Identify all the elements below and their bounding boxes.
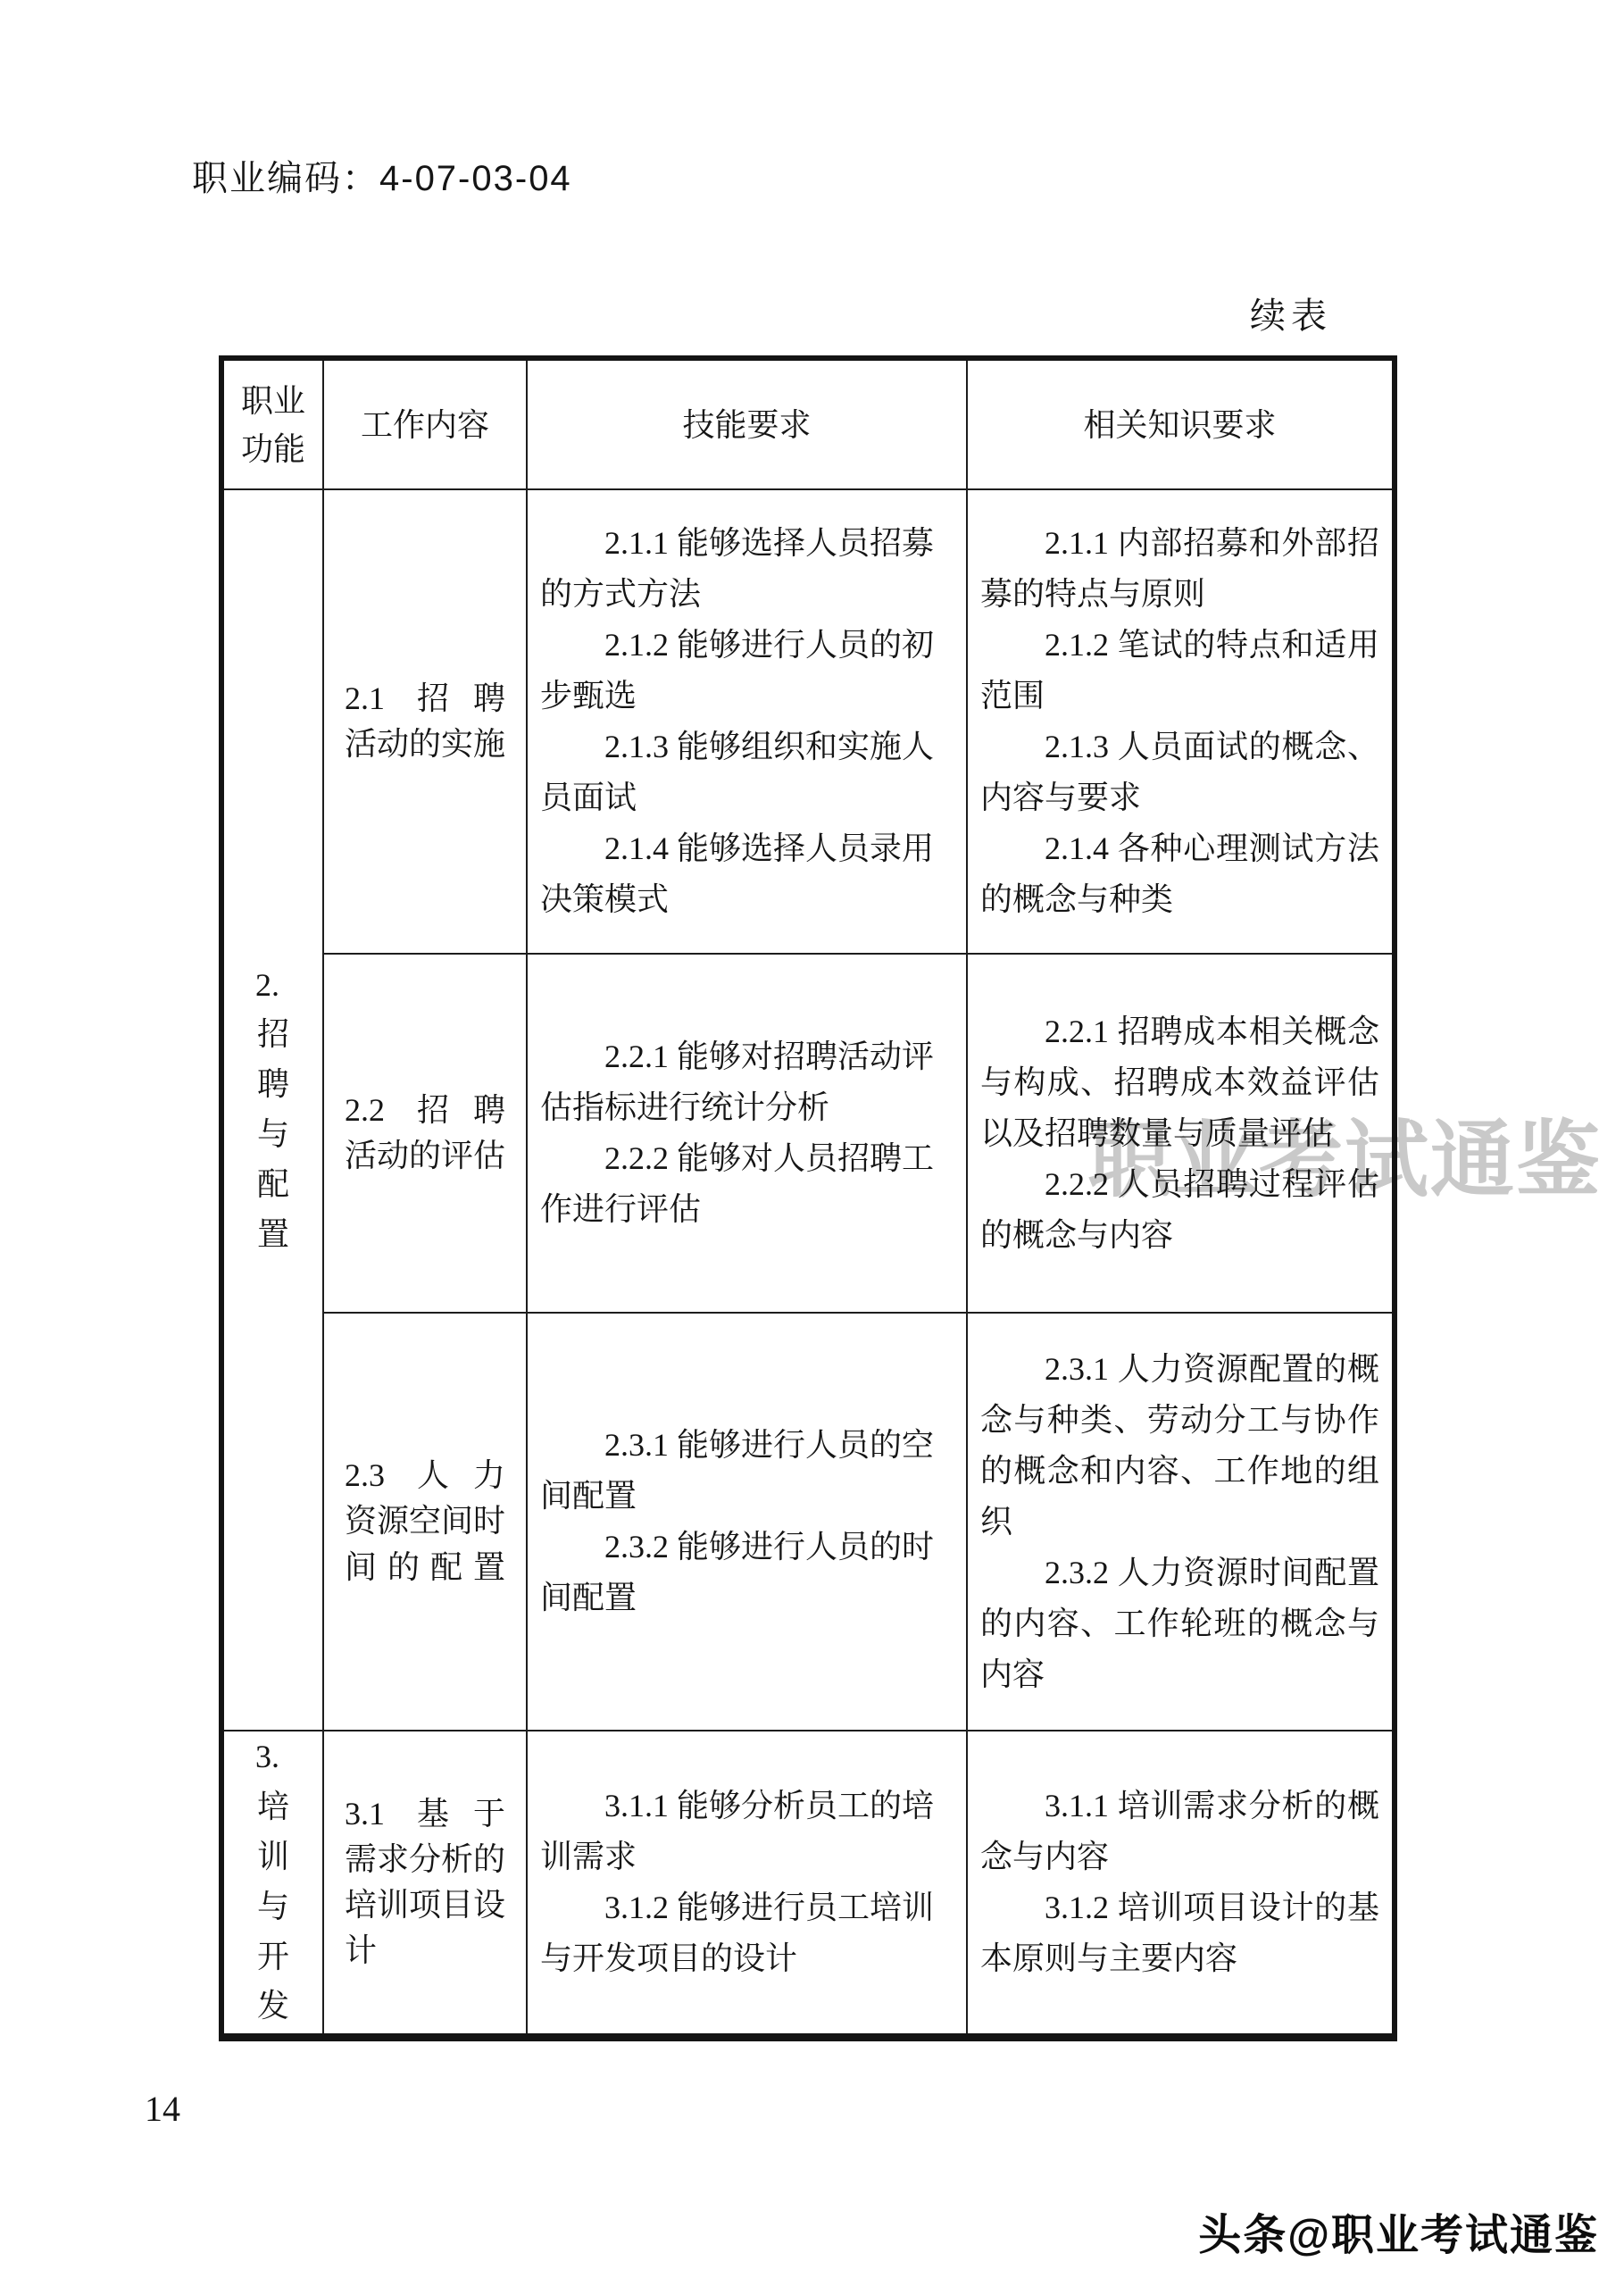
col-header-job-function-label: 职业功能 xyxy=(239,377,307,473)
knowledge-item: 2.1.1 内部招募和外部招募的特点与原则 xyxy=(980,518,1379,620)
skill-cell-2-1: 2.1.1 能够选择人员招募的方式方法 2.1.2 能够进行人员的初步甄选 2.… xyxy=(527,489,967,954)
work-content-cell-2-3: 2.3 人力 资源空间时 间的配置 xyxy=(323,1313,527,1731)
knowledge-item: 2.2.1 招聘成本相关概念与构成、招聘成本效益评估以及招聘数量与质量评估 xyxy=(980,1006,1379,1159)
knowledge-cell-3-1: 3.1.1 培训需求分析的概念与内容 3.1.2 培训项目设计的基本原则与主要内… xyxy=(967,1731,1395,2037)
work-line: 计 xyxy=(345,1928,505,1973)
footer-credit: 头条@职业考试通鉴 xyxy=(1198,2200,1599,2262)
work-line: 间的配置 xyxy=(345,1545,505,1590)
knowledge-item: 2.1.3 人员面试的概念、内容与要求 xyxy=(980,722,1379,823)
knowledge-item: 2.1.2 笔试的特点和适用范围 xyxy=(980,620,1379,722)
knowledge-cell-2-1: 2.1.1 内部招募和外部招募的特点与原则 2.1.2 笔试的特点和适用范围 2… xyxy=(967,489,1395,954)
skill-item: 2.3.2 能够进行人员的时间配置 xyxy=(540,1522,954,1623)
table-row-2-3: 2.3 人力 资源空间时 间的配置 2.3.1 能够进行人员的空间配置 2.3.… xyxy=(221,1313,1395,1731)
skill-item: 3.1.1 能够分析员工的培训需求 xyxy=(540,1781,954,1882)
knowledge-item: 2.2.2 人员招聘过程评估的概念与内容 xyxy=(980,1159,1379,1261)
occupational-standard-table: 职业功能 工作内容 技能要求 相关知识要求 2. 招聘与配置 2.1 招聘 xyxy=(219,355,1397,2041)
skill-item: 2.1.1 能够选择人员招募的方式方法 xyxy=(540,518,954,620)
continued-table-label: 续表 xyxy=(1250,288,1332,338)
knowledge-item: 3.1.2 培训项目设计的基本原则与主要内容 xyxy=(980,1882,1379,1984)
knowledge-item: 2.3.2 人力资源时间配置的内容、工作轮班的概念与内容 xyxy=(980,1548,1379,1700)
function-number: 2. xyxy=(255,961,291,1011)
work-line: 2.3 人力 xyxy=(345,1453,505,1498)
work-line: 需求分析的 xyxy=(345,1837,505,1882)
function-vertical-text: 3. 培训与开发 xyxy=(255,1732,291,2032)
work-line: 活动的评估 xyxy=(345,1133,505,1179)
col-header-work-content: 工作内容 xyxy=(323,358,527,489)
occupation-code: 职业编码：4-07-03-04 xyxy=(192,150,572,201)
skill-item: 2.3.1 能够进行人员的空间配置 xyxy=(540,1420,954,1522)
table-row-2-2: 2.2 招聘 活动的评估 2.2.1 能够对招聘活动评估指标进行统计分析 2.2… xyxy=(221,954,1395,1313)
function-name: 招聘与配置 xyxy=(255,1010,291,1259)
work-content-text: 2.1 招聘 活动的实施 xyxy=(345,676,505,767)
skill-item: 2.2.2 能够对人员招聘工作进行评估 xyxy=(540,1133,954,1235)
skill-item: 3.1.2 能够进行员工培训与开发项目的设计 xyxy=(540,1882,954,1984)
work-content-text: 2.2 招聘 活动的评估 xyxy=(345,1088,505,1179)
knowledge-item: 2.1.4 各种心理测试方法的概念与种类 xyxy=(980,823,1379,925)
skill-cell-2-3: 2.3.1 能够进行人员的空间配置 2.3.2 能够进行人员的时间配置 xyxy=(527,1313,967,1731)
skill-cell-2-2: 2.2.1 能够对招聘活动评估指标进行统计分析 2.2.2 能够对人员招聘工作进… xyxy=(527,954,967,1313)
work-content-text: 3.1 基于 需求分析的 培训项目设 计 xyxy=(345,1791,505,1973)
page-number: 14 xyxy=(145,2088,180,2130)
work-line: 活动的实施 xyxy=(345,722,505,767)
table-row-3-1: 3. 培训与开发 3.1 基于 需求分析的 培训项目设 计 3.1.1 能够分析… xyxy=(221,1731,1395,2037)
work-line: 2.1 招聘 xyxy=(345,676,505,722)
skill-item: 2.1.4 能够选择人员录用决策模式 xyxy=(540,823,954,925)
col-header-job-function: 职业功能 xyxy=(221,358,323,489)
skill-item: 2.1.2 能够进行人员的初步甄选 xyxy=(540,620,954,722)
work-line: 2.2 招聘 xyxy=(345,1088,505,1133)
work-line: 3.1 基于 xyxy=(345,1791,505,1837)
work-line: 资源空间时 xyxy=(345,1498,505,1544)
work-content-cell-2-1: 2.1 招聘 活动的实施 xyxy=(323,489,527,954)
work-content-text: 2.3 人力 资源空间时 间的配置 xyxy=(345,1453,505,1590)
work-line: 培训项目设 xyxy=(345,1882,505,1928)
function-cell-recruitment: 2. 招聘与配置 xyxy=(221,489,323,1731)
skill-cell-3-1: 3.1.1 能够分析员工的培训需求 3.1.2 能够进行员工培训与开发项目的设计 xyxy=(527,1731,967,2037)
function-cell-training: 3. 培训与开发 xyxy=(221,1731,323,2037)
col-header-skill-requirements: 技能要求 xyxy=(527,358,967,489)
work-content-cell-2-2: 2.2 招聘 活动的评估 xyxy=(323,954,527,1313)
knowledge-cell-2-2: 2.2.1 招聘成本相关概念与构成、招聘成本效益评估以及招聘数量与质量评估 2.… xyxy=(967,954,1395,1313)
work-content-cell-3-1: 3.1 基于 需求分析的 培训项目设 计 xyxy=(323,1731,527,2037)
function-name: 培训与开发 xyxy=(255,1782,291,2032)
knowledge-item: 2.3.1 人力资源配置的概念与种类、劳动分工与协作的概念和内容、工作地的组织 xyxy=(980,1344,1379,1548)
function-number: 3. xyxy=(255,1732,291,1782)
knowledge-item: 3.1.1 培训需求分析的概念与内容 xyxy=(980,1781,1379,1882)
knowledge-cell-2-3: 2.3.1 人力资源配置的概念与种类、劳动分工与协作的概念和内容、工作地的组织 … xyxy=(967,1313,1395,1731)
document-page: 职业考试通鉴 职业编码：4-07-03-04 续表 职业功能 工作内容 技能要求… xyxy=(0,0,1624,2278)
table-header-row: 职业功能 工作内容 技能要求 相关知识要求 xyxy=(221,358,1395,489)
skill-item: 2.1.3 能够组织和实施人员面试 xyxy=(540,722,954,823)
function-vertical-text: 2. 招聘与配置 xyxy=(255,961,291,1260)
table-row-2-1: 2. 招聘与配置 2.1 招聘 活动的实施 2.1.1 能够选择人员招募的方式方… xyxy=(221,489,1395,954)
col-header-knowledge-requirements: 相关知识要求 xyxy=(967,358,1395,489)
skill-item: 2.2.1 能够对招聘活动评估指标进行统计分析 xyxy=(540,1031,954,1133)
